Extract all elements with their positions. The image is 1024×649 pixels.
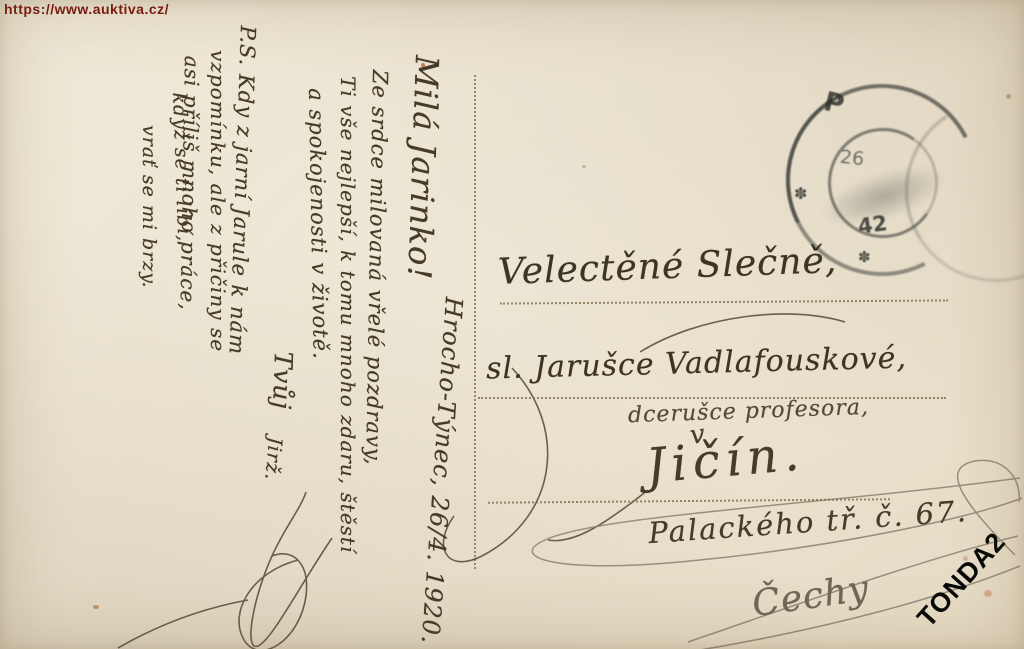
message-postscript-line: vrať se mi brzy. [138,125,160,289]
auction-site-url-watermark: https://www.auktiva.cz/ [4,1,169,17]
message-postscript-line: vzpomínku, ale z přičiny se [206,50,230,352]
message-body-line: Ti vše nejlepší, k tomu mnoho zdaru, ště… [336,76,360,553]
address-country: Čechy [750,568,872,625]
postmark-ornament: ✽ [794,184,807,203]
paper-stain [582,165,586,168]
paper-stain [984,590,992,597]
postcard-divider-dotted-line [474,75,476,569]
paper-stain [421,63,425,67]
address-relation: dcerušce profesora, [628,395,870,428]
postmark-number: 42 [856,211,888,239]
paper-stain [93,605,99,609]
address-rule-2 [478,397,946,399]
postmark-ornament: ✽ [858,248,871,266]
message-dateline: Hrocho-Týnec, 26/4. 1920. [416,296,468,645]
message-salutation: Milá Jarinko! [400,55,446,281]
address-rule-1 [500,299,948,304]
signature-loop [239,554,307,649]
message-body-line: a spokojenosti v životě. [304,88,333,360]
message-closing: Tvůj [267,351,298,411]
postmark-day: 26 [839,146,865,170]
city-j-swash [548,490,648,541]
signature-tail [118,600,248,648]
paper-stain [1006,94,1011,99]
postcard-scan: Hrocho-Týnec, 26/4. 1920. Milá Jarinko! … [0,0,1024,649]
address-city: Jičín. [644,425,807,495]
message-signature: Jirž. [260,436,286,482]
address-recipient: sl. Jarušce Vadlafouskové, [486,340,908,386]
signature-stroke [251,492,332,646]
address-salutation: Velectěné Slečně, [497,240,837,293]
address-street: Palackého tř. č. 67. [647,494,969,550]
message-body-line: Ze srdce milovaná vřelé pozdravy, [361,70,392,466]
